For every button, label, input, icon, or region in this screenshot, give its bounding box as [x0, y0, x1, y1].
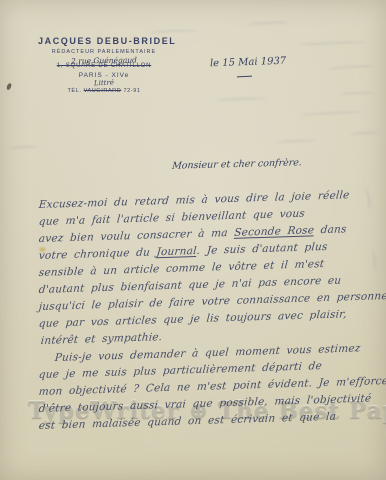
letterhead-phone: TÉL. VAUGIRARD 72-91 [38, 88, 170, 94]
handwriting-text: votre chronique du [38, 246, 157, 262]
ink-speck [6, 83, 12, 91]
struck-phone-exchange: VAUGIRARD [84, 88, 122, 94]
showthrough-mark [216, 97, 268, 104]
showthrough-mark [340, 91, 374, 97]
handwriting-text: . Je suis d'autant plus [196, 241, 328, 257]
showthrough-mark [148, 29, 200, 36]
letter-body: Excusez-moi du retard mis à vous dire la… [38, 197, 368, 435]
salutation: Monsieur et cher confrère. [172, 157, 303, 171]
underlined-phrase: Journal [156, 245, 197, 258]
showthrough-mark [276, 139, 316, 146]
phone-label: TÉL. [67, 88, 81, 94]
letterhead: JACQUES DEBU-BRIDEL RÉDACTEUR PARLEMENTA… [38, 36, 170, 94]
letterhead-name: JACQUES DEBU-BRIDEL [38, 36, 170, 46]
showthrough-mark [369, 249, 376, 271]
letterhead-title: RÉDACTEUR PARLEMENTAIRE [38, 49, 170, 55]
handwriting-text: dans [314, 223, 348, 236]
showthrough-mark [246, 21, 290, 28]
date-underline [237, 76, 252, 78]
showthrough-mark [8, 145, 38, 151]
handwriting-text: intérêt et sympathie. [40, 331, 163, 347]
handwritten-date: le 15 Mai 1937 [210, 56, 287, 70]
showthrough-mark [350, 131, 378, 138]
showthrough-mark [300, 41, 366, 48]
phone-number: 72-91 [123, 88, 140, 94]
showthrough-mark [300, 110, 364, 118]
showthrough-mark [326, 64, 374, 72]
underlined-phrase: Seconde Rose [234, 224, 315, 239]
scanned-letter-page: JACQUES DEBU-BRIDEL RÉDACTEUR PARLEMENTA… [0, 0, 386, 480]
